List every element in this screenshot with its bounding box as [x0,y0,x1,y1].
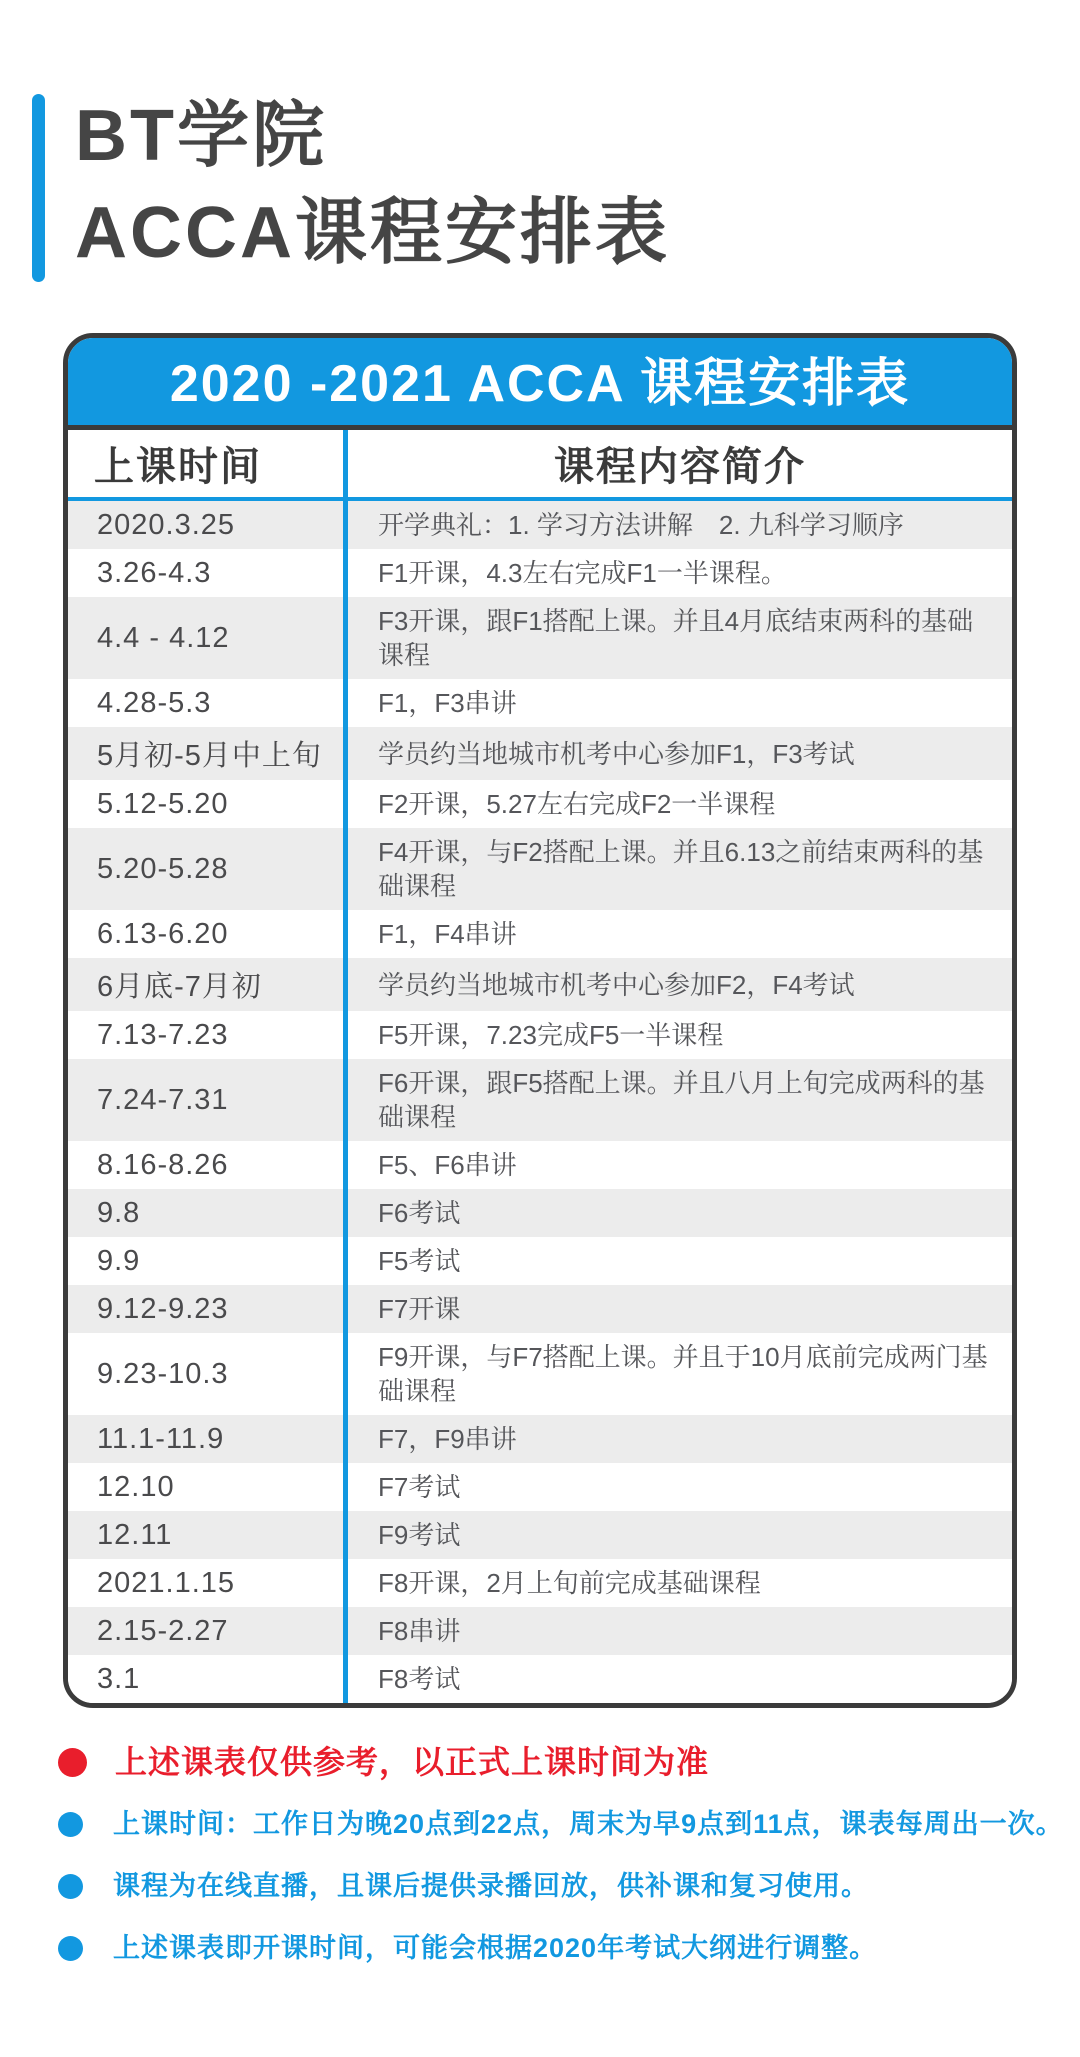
table-row: 9.23-10.3F9开课，与F7搭配上课。并且于10月底前完成两门基础课程 [68,1333,1012,1415]
column-header-desc: 课程内容简介 [348,430,1012,497]
row-time: 9.23-10.3 [68,1333,348,1415]
table-row: 3.26-4.3F1开课，4.3左右完成F1一半课程。 [68,549,1012,597]
row-description: F9开课，与F7搭配上课。并且于10月底前完成两门基础课程 [348,1333,1012,1415]
column-header-time: 上课时间 [68,430,348,497]
row-time: 5.12-5.20 [68,780,348,828]
row-description: F5考试 [348,1237,1012,1285]
table-row: 5月初-5月中上旬学员约当地城市机考中心参加F1，F3考试 [68,727,1012,780]
table-row: 9.9F5考试 [68,1237,1012,1285]
page-header: BT学院 ACCA课程安排表 [32,88,670,282]
page-title-line1: BT学院 [75,88,670,185]
table-title: 2020 -2021 ACCA 课程安排表 [68,338,1012,430]
row-description: F8开课，2月上旬前完成基础课程 [348,1559,1012,1607]
table-row: 9.12-9.23F7开课 [68,1285,1012,1333]
row-description: F7考试 [348,1463,1012,1511]
table-row: 7.24-7.31F6开课，跟F5搭配上课。并且八月上旬完成两科的基础课程 [68,1059,1012,1141]
row-description: F4开课，与F2搭配上课。并且6.13之前结束两科的基础课程 [348,828,1012,910]
table-row: 2.15-2.27F8串讲 [68,1607,1012,1655]
table-row: 7.13-7.23F5开课，7.23完成F5一半课程 [68,1011,1012,1059]
row-time: 12.10 [68,1463,348,1511]
row-time: 6月底-7月初 [68,958,348,1011]
row-description: F8考试 [348,1655,1012,1703]
table-row: 6月底-7月初学员约当地城市机考中心参加F2，F4考试 [68,958,1012,1011]
title-accent-bar [32,94,45,282]
row-description: F1，F3串讲 [348,679,1012,727]
table-column-header: 上课时间 课程内容简介 [68,430,1012,501]
row-time: 5.20-5.28 [68,828,348,910]
row-description: F1，F4串讲 [348,910,1012,958]
row-description: F6考试 [348,1189,1012,1237]
bullet-icon [58,1812,83,1837]
row-description: 学员约当地城市机考中心参加F2，F4考试 [348,958,1012,1011]
row-description: F5开课，7.23完成F5一半课程 [348,1011,1012,1059]
table-body: 2020.3.25开学典礼：1. 学习方法讲解 2. 九科学习顺序3.26-4.… [68,501,1012,1703]
schedule-table: 2020 -2021 ACCA 课程安排表 上课时间 课程内容简介 2020.3… [63,333,1017,1708]
row-time: 5月初-5月中上旬 [68,727,348,780]
note-item: 上课时间：工作日为晚20点到22点，周末为早9点到11点，课表每周出一次。 [58,1806,1064,1842]
note-text: 上述课表即开课时间，可能会根据2020年考试大纲进行调整。 [113,1930,877,1966]
bullet-icon [58,1936,83,1961]
table-row: 9.8F6考试 [68,1189,1012,1237]
table-row: 12.11F9考试 [68,1511,1012,1559]
page-title-line2: ACCA课程安排表 [75,185,670,282]
row-description: F3开课，跟F1搭配上课。并且4月底结束两科的基础课程 [348,597,1012,679]
row-description: F2开课，5.27左右完成F2一半课程 [348,780,1012,828]
row-description: F7，F9串讲 [348,1415,1012,1463]
note-text: 上课时间：工作日为晚20点到22点，周末为早9点到11点，课表每周出一次。 [113,1806,1064,1842]
table-row: 8.16-8.26F5、F6串讲 [68,1141,1012,1189]
row-time: 11.1-11.9 [68,1415,348,1463]
table-row: 2020.3.25开学典礼：1. 学习方法讲解 2. 九科学习顺序 [68,501,1012,549]
table-row: 6.13-6.20F1，F4串讲 [68,910,1012,958]
table-row: 3.1F8考试 [68,1655,1012,1703]
row-time: 12.11 [68,1511,348,1559]
note-item: 课程为在线直播，且课后提供录播回放，供补课和复习使用。 [58,1868,1064,1904]
table-row: 4.4 - 4.12F3开课，跟F1搭配上课。并且4月底结束两科的基础课程 [68,597,1012,679]
table-row: 12.10F7考试 [68,1463,1012,1511]
note-item: 上述课表仅供参考，以正式上课时间为准 [58,1742,1064,1782]
row-description: 开学典礼：1. 学习方法讲解 2. 九科学习顺序 [348,501,1012,549]
table-row: 5.12-5.20F2开课，5.27左右完成F2一半课程 [68,780,1012,828]
row-time: 3.1 [68,1655,348,1703]
page-title: BT学院 ACCA课程安排表 [75,88,670,282]
row-description: F8串讲 [348,1607,1012,1655]
row-time: 9.8 [68,1189,348,1237]
row-description: F7开课 [348,1285,1012,1333]
note-item: 上述课表即开课时间，可能会根据2020年考试大纲进行调整。 [58,1930,1064,1966]
row-description: F9考试 [348,1511,1012,1559]
table-row: 2021.1.15F8开课，2月上旬前完成基础课程 [68,1559,1012,1607]
table-row: 4.28-5.3F1，F3串讲 [68,679,1012,727]
row-time: 8.16-8.26 [68,1141,348,1189]
bullet-icon [58,1748,87,1777]
row-time: 2021.1.15 [68,1559,348,1607]
bullet-icon [58,1874,83,1899]
row-time: 3.26-4.3 [68,549,348,597]
notes-list: 上述课表仅供参考，以正式上课时间为准上课时间：工作日为晚20点到22点，周末为早… [58,1742,1064,1992]
row-time: 9.9 [68,1237,348,1285]
row-time: 9.12-9.23 [68,1285,348,1333]
row-description: 学员约当地城市机考中心参加F1，F3考试 [348,727,1012,780]
row-description: F1开课，4.3左右完成F1一半课程。 [348,549,1012,597]
row-time: 2020.3.25 [68,501,348,549]
note-text: 上述课表仅供参考，以正式上课时间为准 [115,1742,709,1782]
row-time: 2.15-2.27 [68,1607,348,1655]
row-time: 6.13-6.20 [68,910,348,958]
table-row: 11.1-11.9F7，F9串讲 [68,1415,1012,1463]
row-time: 7.24-7.31 [68,1059,348,1141]
row-description: F5、F6串讲 [348,1141,1012,1189]
row-description: F6开课，跟F5搭配上课。并且八月上旬完成两科的基础课程 [348,1059,1012,1141]
table-row: 5.20-5.28F4开课，与F2搭配上课。并且6.13之前结束两科的基础课程 [68,828,1012,910]
row-time: 7.13-7.23 [68,1011,348,1059]
note-text: 课程为在线直播，且课后提供录播回放，供补课和复习使用。 [113,1868,869,1904]
row-time: 4.4 - 4.12 [68,597,348,679]
row-time: 4.28-5.3 [68,679,348,727]
